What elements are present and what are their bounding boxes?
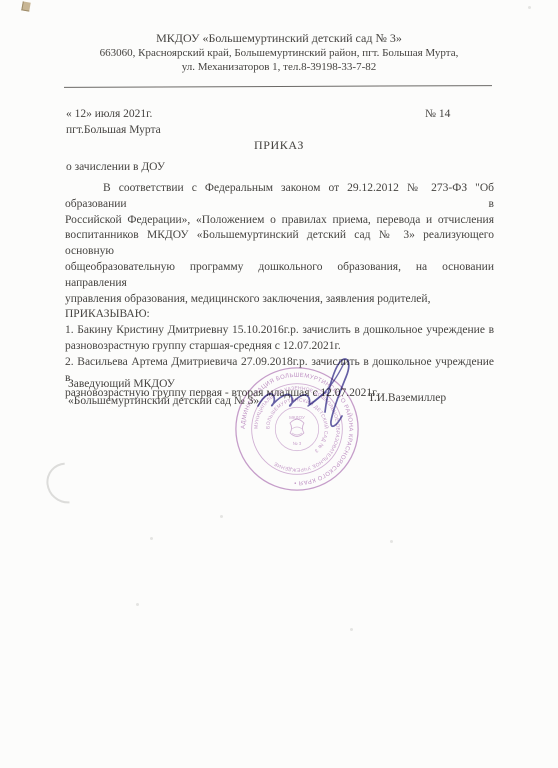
signatory-name: Т.И.Ваземиллер <box>368 392 446 404</box>
org-address: 663060, Красноярский край, Большемуртинс… <box>0 46 558 61</box>
scan-artifact-curl <box>38 454 96 512</box>
order-item-1-line-1: 1. Бакину Кристину Дмитриевну 15.10.2016… <box>65 323 494 339</box>
order-meta: « 12» июля 2021г. № 14 <box>66 108 493 124</box>
scan-artifact-corner <box>21 1 30 11</box>
order-subject: о зачислении в ДОУ <box>66 161 165 173</box>
letterhead-divider <box>64 85 492 88</box>
intro-line: общеобразовательную программу дошкольног… <box>65 260 494 292</box>
scan-speck <box>390 540 393 543</box>
intro-line: управления образования, медицинского зак… <box>65 292 494 308</box>
org-name: МКДОУ «Большемуртинский детский сад № 3» <box>0 31 558 46</box>
scanned-order-document: МКДОУ «Большемуртинский детский сад № 3»… <box>0 0 558 768</box>
signature-loop <box>325 359 349 426</box>
order-title: ПРИКАЗ <box>0 138 558 153</box>
org-phone: ул. Механизаторов 1, тел.8-39198-33-7-82 <box>0 60 558 75</box>
scan-speck <box>528 6 531 9</box>
scan-speck <box>136 603 139 606</box>
scan-speck <box>220 515 223 518</box>
intro-line: воспитанников МКДОУ «Большемуртинский де… <box>65 228 494 260</box>
handwritten-signature <box>248 350 363 438</box>
signature-scribble <box>258 392 326 406</box>
order-place: пгт.Большая Мурта <box>66 124 161 136</box>
intro-line: Российской Федерации», «Положением о пра… <box>65 213 494 229</box>
order-number: № 14 <box>425 108 450 120</box>
scan-speck <box>350 628 353 631</box>
intro-line: В соответствии с Федеральным законом от … <box>65 181 494 213</box>
scan-speck <box>150 537 153 540</box>
letterhead: МКДОУ «Большемуртинский детский сад № 3»… <box>0 31 558 75</box>
order-date: « 12» июля 2021г. <box>66 108 152 120</box>
resolution-word: ПРИКАЗЫВАЮ: <box>65 307 494 323</box>
stamp-center-bottom-text: № 3 <box>293 441 302 446</box>
